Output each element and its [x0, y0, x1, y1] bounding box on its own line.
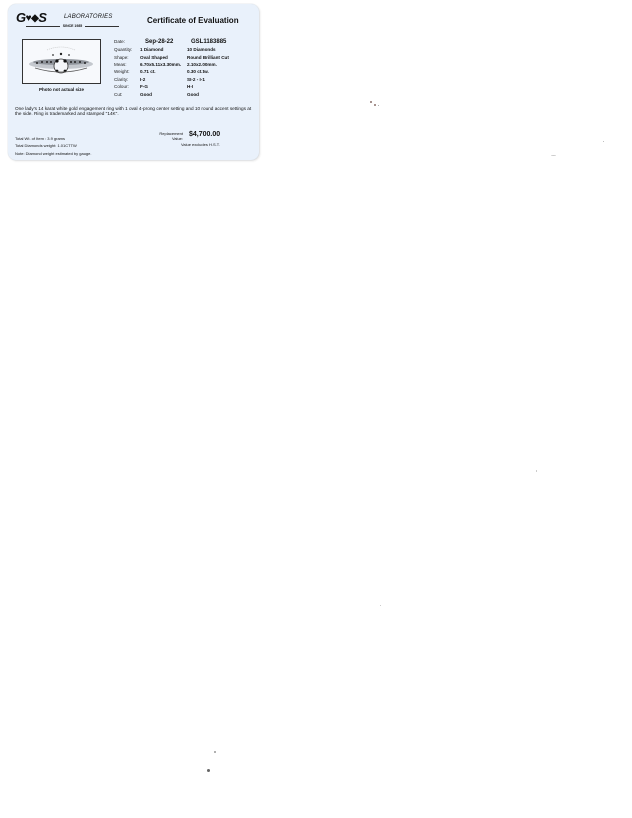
spec-center-value: 1 Diamond [140, 47, 187, 52]
lab-logo: G♥◆S LABORATORIES SINCE 1985 [16, 10, 126, 34]
scan-speck [374, 104, 376, 106]
totals-block: Total Wt. of Item : 3.9 grams Total Diam… [15, 135, 92, 157]
spec-row-weight: Weight: 0.71 ct. 0.30 ct.tw. [114, 68, 229, 75]
ring-photo [22, 39, 101, 84]
replacement-label: Replacement Value: [153, 132, 183, 142]
spec-center-value: I-2 [140, 77, 187, 82]
item-description: One lady's 14 karat white gold engagemen… [15, 106, 255, 117]
spec-row-clarity: Clarity: I-2 SI-2 - I-1 [114, 76, 229, 83]
scan-speck [536, 470, 537, 472]
spec-row-colour: Colour: F-G H-I [114, 83, 229, 90]
certificate-card: G♥◆S LABORATORIES SINCE 1985 Certificate… [8, 4, 259, 160]
spec-accent-value: 10 Diamonds [187, 47, 216, 52]
spec-label: Quantity: [114, 47, 140, 52]
lab-since: SINCE 1985 [26, 24, 119, 28]
lab-logo-mark: G♥◆S [16, 10, 46, 25]
spec-label: Clarity: [114, 77, 140, 82]
spec-label: Weight: [114, 69, 140, 74]
divider [85, 26, 119, 27]
spec-accent-value: 0.30 ct.tw. [187, 69, 209, 74]
spec-accent-value: Round Brilliant Cut [187, 55, 229, 60]
spec-label: Meas: [114, 62, 140, 67]
diamond-icon: ♥◆ [26, 13, 39, 24]
tax-note: Value excludes H.S.T. [181, 142, 220, 147]
since-text: SINCE 1985 [63, 24, 82, 28]
spec-accent-value: SI-2 - I-1 [187, 77, 205, 82]
total-diamond-weight: Total Diamonds weight: 1.01CTTW [15, 142, 92, 149]
divider [26, 26, 60, 27]
certificate-number: GSL1183885 [187, 39, 226, 45]
scan-speck [214, 751, 216, 753]
spec-label: Shape: [114, 55, 140, 60]
spec-center-value: 6.70x5.11x3.30mm. [140, 62, 187, 67]
spec-accent-value: H-I [187, 84, 193, 89]
replacement-label-line2: Value: [153, 137, 183, 142]
spec-center-value: Oval Shaped [140, 55, 187, 60]
scan-speck [380, 605, 381, 606]
spec-row-measurements: Meas: 6.70x5.11x3.30mm. 2.10x2.00mm. [114, 61, 229, 68]
certificate-date: Sep-28-22 [140, 39, 187, 45]
spec-center-value: F-G [140, 84, 187, 89]
photo-caption: Photo not actual size [22, 87, 101, 92]
scan-speck [378, 105, 379, 106]
spec-label: Cut: [114, 92, 140, 97]
lab-name: LABORATORIES [64, 14, 113, 20]
specs-table: Date: Sep-28-22 GSL1183885 Quantity: 1 D… [114, 37, 229, 98]
scan-speck [603, 141, 604, 142]
scan-speck [370, 101, 372, 103]
spec-label: Date: [114, 39, 140, 44]
spec-center-value: 0.71 ct. [140, 69, 187, 74]
replacement-amount: $4,700.00 [189, 131, 220, 138]
weight-note: Note: Diamond weight estimated by gauge. [15, 150, 92, 157]
spec-row-quantity: Quantity: 1 Diamond 10 Diamonds [114, 46, 229, 53]
spec-accent-value: 2.10x2.00mm. [187, 62, 217, 67]
spec-row-cut: Cut: Good Good [114, 90, 229, 97]
spec-accent-value: Good [187, 92, 199, 97]
ring-illustration-icon [23, 40, 100, 83]
scan-speck [207, 769, 210, 772]
certificate-title: Certificate of Evaluation [147, 16, 239, 25]
spec-label: Colour: [114, 84, 140, 89]
spec-center-value: Good [140, 92, 187, 97]
scan-speck [551, 155, 556, 156]
spec-row-shape: Shape: Oval Shaped Round Brilliant Cut [114, 53, 229, 60]
spec-row-date: Date: Sep-28-22 GSL1183885 [114, 37, 229, 46]
total-item-weight: Total Wt. of Item : 3.9 grams [15, 135, 92, 142]
